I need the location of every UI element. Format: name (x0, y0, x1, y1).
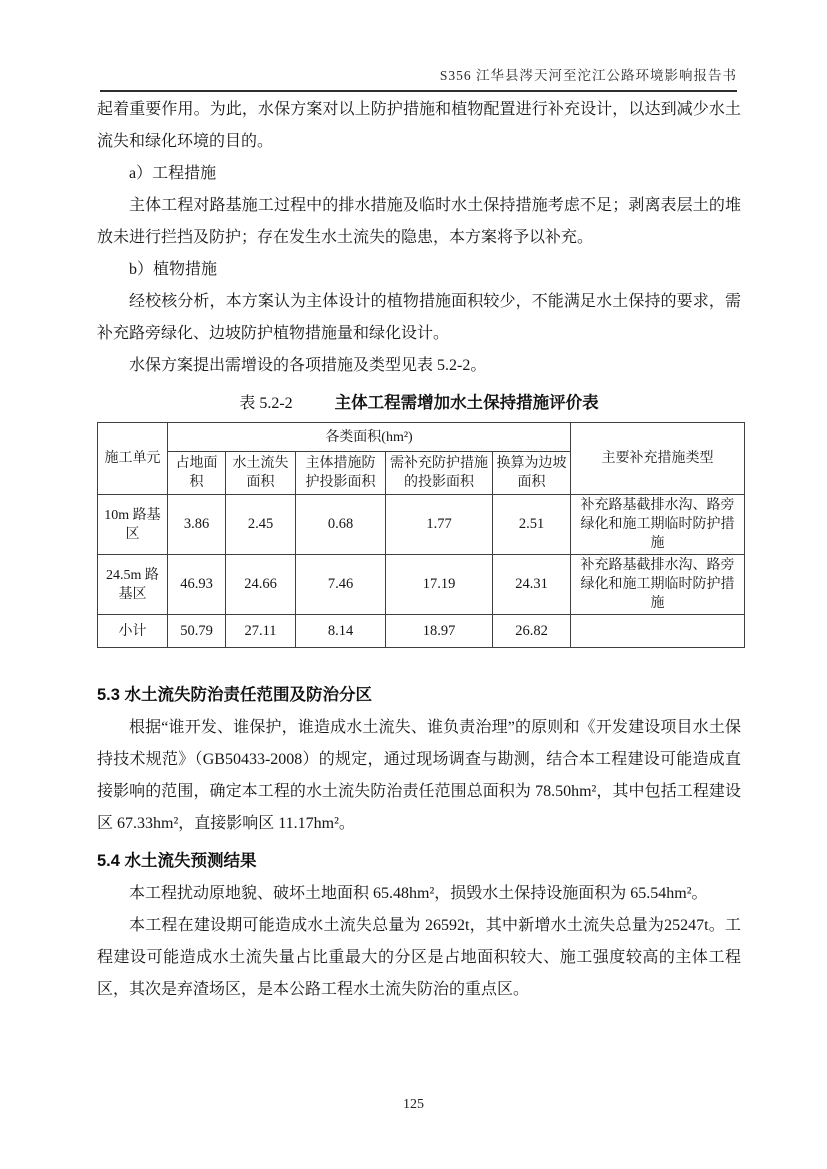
col-header-supplementary-measures: 主要补充措施类型 (571, 423, 745, 495)
cell-unit: 24.5m 路基区 (98, 555, 168, 615)
cell-value: 2.45 (226, 495, 296, 555)
col-header-needed-protection-projection-area: 需补充防护措施的投影面积 (386, 452, 493, 495)
cell-value: 18.97 (386, 615, 493, 648)
cell-measures (571, 615, 745, 648)
list-item-b-plant-measures: b）植物措施 (97, 254, 741, 286)
table-caption: 表 5.2-2主体工程需增加水土保持措施评价表 (97, 388, 741, 418)
paragraph-engineering-measures: 主体工程对路基施工过程中的排水措施及临时水土保持措施考虑不足；剥离表层土的堆放未… (97, 190, 741, 254)
cell-value: 0.68 (296, 495, 386, 555)
table-header-row-1: 施工单元 各类面积(hm²) 主要补充措施类型 (98, 423, 745, 452)
cell-value: 2.51 (493, 495, 571, 555)
cell-value: 17.19 (386, 555, 493, 615)
cell-measures: 补充路基截排水沟、路旁绿化和施工期临时防护措施 (571, 495, 745, 555)
paragraph-5-4-soil-loss-totals: 本工程在建设期可能造成水土流失总量为 26592t，其中新增水土流失总量为252… (97, 910, 741, 1006)
page-number: 125 (0, 1097, 827, 1113)
table-row: 24.5m 路基区 46.93 24.66 7.46 17.19 24.31 补… (98, 555, 745, 615)
cell-value: 1.77 (386, 495, 493, 555)
page-header: S356 江华县涔天河至沱江公路环境影响报告书 (100, 64, 737, 92)
cell-value: 7.46 (296, 555, 386, 615)
cell-value: 46.93 (168, 555, 226, 615)
cell-measures: 补充路基截排水沟、路旁绿化和施工期临时防护措施 (571, 555, 745, 615)
soil-conservation-measures-table: 施工单元 各类面积(hm²) 主要补充措施类型 占地面积 水土流失面积 主体措施… (97, 422, 745, 648)
cell-value: 3.86 (168, 495, 226, 555)
col-header-construction-unit: 施工单元 (98, 423, 168, 495)
section-heading-5-3: 5.3 水土流失防治责任范围及防治分区 (97, 678, 741, 712)
table-row: 小计 50.79 27.11 8.14 18.97 26.82 (98, 615, 745, 648)
col-header-main-protection-projection-area: 主体措施防护投影面积 (296, 452, 386, 495)
paragraph-table-reference: 水保方案提出需增设的各项措施及类型见表 5.2-2。 (97, 350, 741, 382)
col-header-area-group: 各类面积(hm²) (168, 423, 571, 452)
paragraph-continuation: 起着重要作用。为此，水保方案对以上防护措施和植物配置进行补充设计，以达到减少水土… (97, 94, 741, 158)
paragraph-5-4-disturbed-area: 本工程扰动原地貌、破坏土地面积 65.48hm²，损毁水土保持设施面积为 65.… (97, 878, 741, 910)
cell-value: 24.66 (226, 555, 296, 615)
col-header-soil-loss-area: 水土流失面积 (226, 452, 296, 495)
cell-value: 26.82 (493, 615, 571, 648)
cell-value: 50.79 (168, 615, 226, 648)
document-page: S356 江华县涔天河至沱江公路环境影响报告书 起着重要作用。为此，水保方案对以… (0, 0, 827, 1169)
table-caption-label: 表 5.2-2 (239, 395, 292, 412)
table-caption-title: 主体工程需增加水土保持措施评价表 (335, 394, 599, 412)
col-header-occupied-area: 占地面积 (168, 452, 226, 495)
cell-value: 27.11 (226, 615, 296, 648)
cell-value: 8.14 (296, 615, 386, 648)
list-item-a-engineering-measures: a）工程措施 (97, 158, 741, 190)
running-header-title: S356 江华县涔天河至沱江公路环境影响报告书 (440, 68, 737, 83)
section-heading-5-4: 5.4 水土流失预测结果 (97, 844, 741, 878)
cell-unit: 小计 (98, 615, 168, 648)
col-header-converted-slope-area: 换算为边坡面积 (493, 452, 571, 495)
paragraph-plant-measures: 经校核分析，本方案认为主体设计的植物措施面积较少，不能满足水土保持的要求，需补充… (97, 286, 741, 350)
cell-value: 24.31 (493, 555, 571, 615)
cell-unit: 10m 路基区 (98, 495, 168, 555)
paragraph-5-3: 根据“谁开发、谁保护，谁造成水土流失、谁负责治理”的原则和《开发建设项目水土保持… (97, 712, 741, 840)
table-row: 10m 路基区 3.86 2.45 0.68 1.77 2.51 补充路基截排水… (98, 495, 745, 555)
page-content: 起着重要作用。为此，水保方案对以上防护措施和植物配置进行补充设计，以达到减少水土… (97, 94, 741, 1006)
